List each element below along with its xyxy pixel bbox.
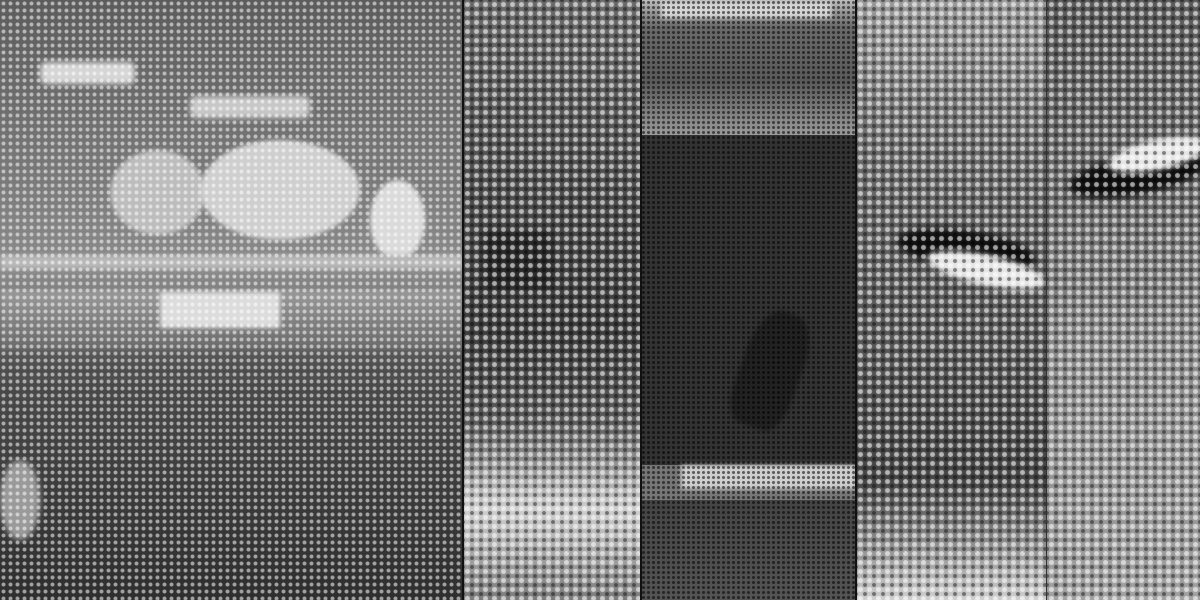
panel-eye-right (1047, 0, 1200, 600)
panel-divider (462, 0, 464, 600)
halftone-collage (0, 0, 1200, 600)
panel-divider (640, 0, 642, 600)
panel-mushrooms (0, 0, 463, 600)
panel-coarse-detail (463, 0, 641, 600)
panel-divider (855, 0, 857, 600)
panel-divider (1046, 0, 1047, 600)
panel-eye-left (856, 0, 1047, 600)
panel-bird (641, 0, 856, 600)
